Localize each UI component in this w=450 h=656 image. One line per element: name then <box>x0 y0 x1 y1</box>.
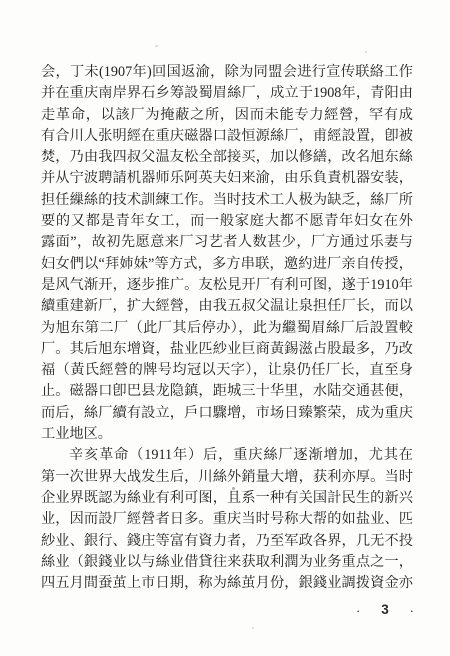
scan-speck <box>252 627 254 629</box>
scanned-book-page: 会，丁未(1907年)回国返渝，除为同盟会进行宣传联絡工作外，并在重庆南岸界石乡… <box>0 0 450 656</box>
text-line: 厂。其后旭东增資，盐业匹紗业巨商黃錫滋占股最多，乃改名天 <box>41 339 413 360</box>
text-line: 为旭东第二厂（此厂其后停办），此为繼蜀眉絲厂后設置較早的 <box>41 318 413 339</box>
text-line: 企业界既認为絲业有利可图，且系一种有关国計民生的新兴工 <box>41 488 413 509</box>
text-line: 业，因而設厂經營者日多。重庆当时号称大帮的如盐业、匹头棉 <box>41 509 413 530</box>
text-line: 辛亥革命（1911年）后，重庆絲厂逐渐增加，尤其在1914年 <box>41 445 413 466</box>
scan-speck <box>232 487 235 490</box>
text-line: 要的又都是青年女工，而一般家庭大都不愿青年妇女在外“拋头 <box>41 211 413 232</box>
text-line: 露面”，故初先愿意来厂习艺者人数甚少，厂方通过乐妻与当地 <box>41 232 413 253</box>
text-line: 并在重庆南岸界石乡筹設蜀眉絲厂，成立于1908年，青阳由于奔 <box>41 83 413 104</box>
text-line: 紗业、銀行、錢庄等富有資力者，乃至军政各界，几无不投資于 <box>41 531 413 552</box>
text-line: 并从宁波聘請机器师乐阿英夫妇来渝，由乐負責机器安装，其妻 <box>41 168 413 189</box>
page-number: · 3 · <box>356 603 414 617</box>
text-line: 四五月間蚕茧上市日期，称为絲茧月份，銀錢业調拨資金亦以此 <box>41 573 413 594</box>
text-line: 續重建新厂，扩大經營，由我五叔父温让泉担任厂长，而以前厂 <box>41 296 413 317</box>
text-line: 有合川人张明經在重庆磁器口設恒源絲厂，甫經設置，卽被火 <box>41 126 413 147</box>
page-text-block: 会，丁未(1907年)回国返渝，除为同盟会进行宣传联絡工作外，并在重庆南岸界石乡… <box>41 62 413 594</box>
scan-speck <box>365 51 367 53</box>
text-line: 妇女們以“拜姉妹”等方式，多方串联，邀約进厂亲自传授，于 <box>41 254 413 275</box>
text-line: 焚，乃由我四叔父温友松全部接买，加以修繕，改名旭东絲厂。 <box>41 147 413 168</box>
page-number-left-dot: · <box>356 604 360 617</box>
text-line: 是风气渐开，逐步推广。友松見开厂有利可图，遂于1910年繼 <box>41 275 413 296</box>
text-line: 担任繅絲的技术訓練工作。当时技术工人极为缺乏，絲厂所需 <box>41 190 413 211</box>
text-line: 工业地区。 <box>41 424 413 445</box>
text-line: 第一次世界大战发生后，川絲外銷量大增，获利亦厚。当时重庆 <box>41 467 413 488</box>
text-line: 福（黃氏經營的牌号均冠以天字），让泉仍任厂长，直至身故为 <box>41 360 413 381</box>
text-line: 絲业（銀錢业以与絲业借貸往来获取利潤为业务重点之一，每年 <box>41 552 413 573</box>
page-number-right-dot: · <box>410 604 414 617</box>
scan-speck <box>155 45 158 47</box>
page-number-value: 3 <box>381 603 389 617</box>
text-line: 走革命，以該厂为掩蔽之所，因而未能专力經營，罕有成效。繼 <box>41 105 413 126</box>
text-line: 而后，絲厂續有設立，戶口驟增，市场日臻繁荣，成为重庆当时 <box>41 403 413 424</box>
text-line: 止。磁器口卽巴县龙隐鎮，距城三十华里，水陆交通甚便，旭东 <box>41 381 413 402</box>
text-line: 会，丁未(1907年)回国返渝，除为同盟会进行宣传联絡工作外， <box>41 62 413 83</box>
